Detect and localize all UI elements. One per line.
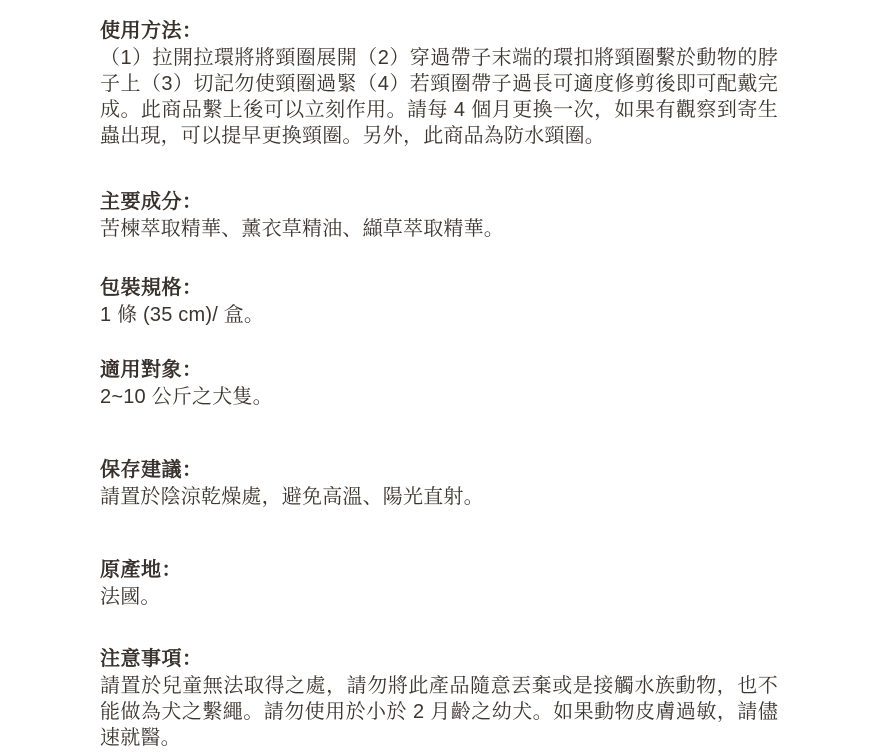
- document-content: 使用方法： （1）拉開拉環將將頸圈展開（2）穿過帶子末端的環扣將頸圈繫於動物的脖…: [100, 18, 778, 751]
- usage-heading: 使用方法：: [100, 18, 778, 45]
- section-ingredients: 主要成分： 苦楝萃取精華、薰衣草精油、纈草萃取精華。: [100, 189, 778, 242]
- ingredients-body: 苦楝萃取精華、薰衣草精油、纈草萃取精華。: [100, 216, 778, 242]
- section-usage: 使用方法： （1）拉開拉環將將頸圈展開（2）穿過帶子末端的環扣將頸圈繫於動物的脖…: [100, 18, 778, 149]
- usage-body: （1）拉開拉環將將頸圈展開（2）穿過帶子末端的環扣將頸圈繫於動物的脖子上（3）切…: [100, 45, 778, 149]
- packaging-body: 1 條 (35 cm)/ 盒。: [100, 302, 778, 328]
- ingredients-heading: 主要成分：: [100, 189, 778, 216]
- target-heading: 適用對象：: [100, 357, 778, 384]
- precautions-heading: 注意事項：: [100, 646, 778, 673]
- section-packaging: 包裝規格： 1 條 (35 cm)/ 盒。: [100, 275, 778, 328]
- precautions-body: 請置於兒童無法取得之處，請勿將此產品隨意丟棄或是接觸水族動物，也不能做為犬之繫繩…: [100, 673, 778, 751]
- origin-heading: 原產地：: [100, 557, 778, 584]
- section-precautions: 注意事項： 請置於兒童無法取得之處，請勿將此產品隨意丟棄或是接觸水族動物，也不能…: [100, 646, 778, 751]
- packaging-heading: 包裝規格：: [100, 275, 778, 302]
- storage-heading: 保存建議：: [100, 457, 778, 484]
- section-origin: 原產地： 法國。: [100, 557, 778, 610]
- target-body: 2~10 公斤之犬隻。: [100, 384, 778, 410]
- origin-body: 法國。: [100, 584, 778, 610]
- section-target: 適用對象： 2~10 公斤之犬隻。: [100, 357, 778, 410]
- section-storage: 保存建議： 請置於陰涼乾燥處，避免高溫、陽光直射。: [100, 457, 778, 510]
- storage-body: 請置於陰涼乾燥處，避免高溫、陽光直射。: [100, 484, 778, 510]
- product-info-document: 使用方法： （1）拉開拉環將將頸圈展開（2）穿過帶子末端的環扣將頸圈繫於動物的脖…: [0, 0, 875, 752]
